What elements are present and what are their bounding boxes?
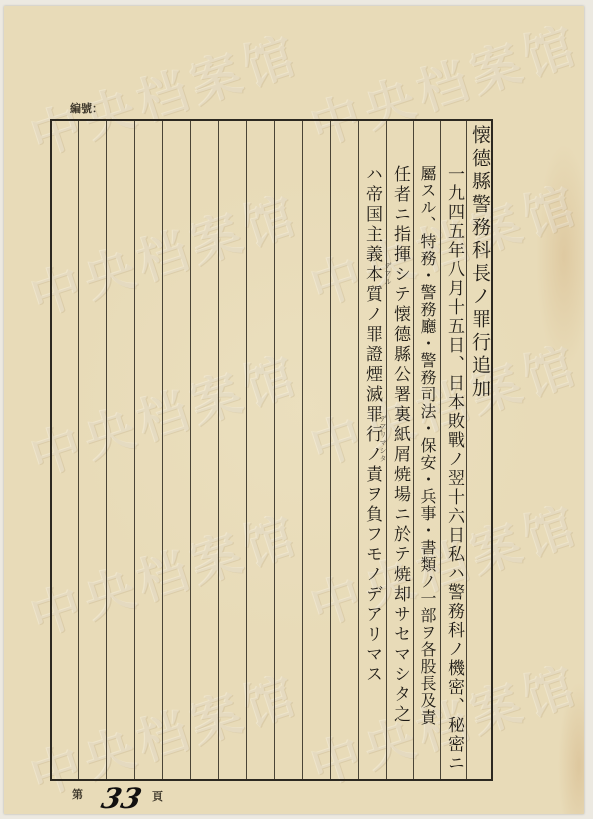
grid-line: [218, 121, 219, 779]
grid-line: [274, 121, 275, 779]
manuscript-column: 屬スル、特務・警務廳・警務司法・保安・兵事・書類ノ一部ヲ各股長及責: [413, 165, 441, 726]
margin-annotation: デアリマシタ: [378, 415, 388, 463]
manuscript-title-column: 懐德縣警務科長ノ罪行追加: [466, 125, 494, 401]
grid-line: [78, 121, 79, 779]
page-number: 33: [98, 782, 144, 815]
grid-line: [106, 121, 107, 779]
page-suffix-label: 頁: [152, 788, 163, 804]
grid-line: [190, 121, 191, 779]
manuscript-column: 任者ニ指揮シテ懐德縣公署裏紙屑焼場ニ於テ焼却サセマシタ之: [386, 165, 414, 725]
grid-line: [134, 121, 135, 779]
margin-annotation: デアル: [383, 262, 393, 286]
grid-line: [246, 121, 247, 779]
manuscript-column: 一九四五年八月十五日、日本敗戰ノ翌十六日私ハ警務科ノ機密、秘密ニ: [440, 165, 468, 773]
grid-line: [162, 121, 163, 779]
grid-line: [302, 121, 303, 779]
page-prefix-label: 第: [72, 786, 83, 802]
grid-line: [330, 121, 331, 779]
serial-number-label: 編號：: [70, 100, 103, 116]
